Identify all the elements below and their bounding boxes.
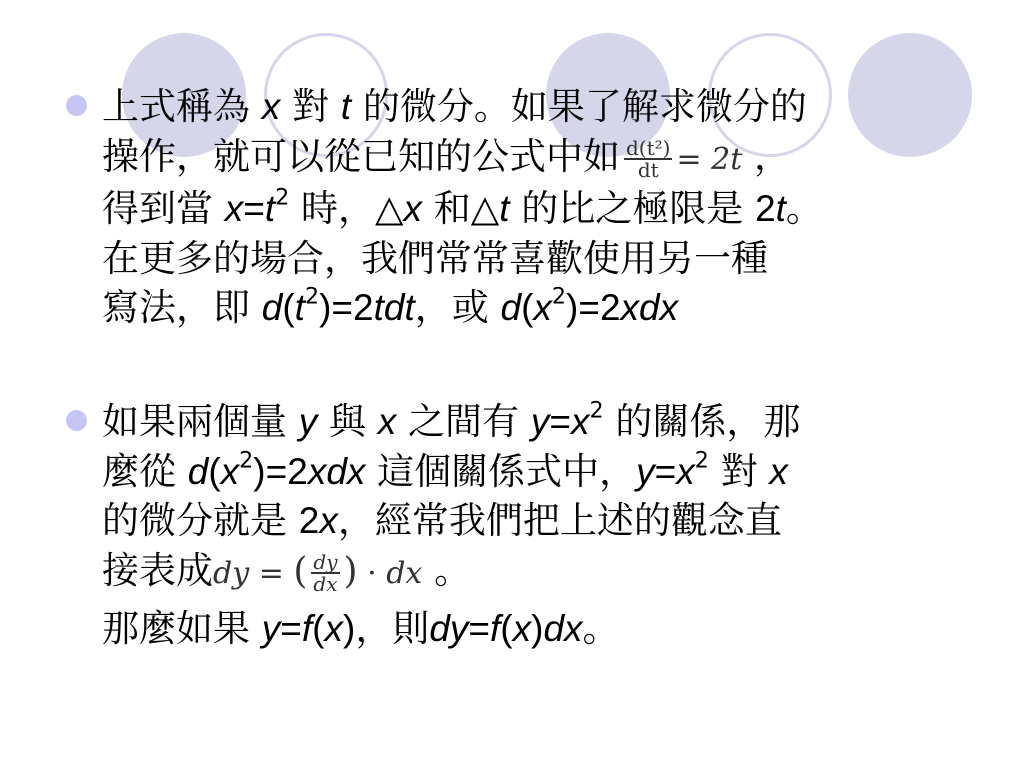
text: 操作，就可以從已知的公式中如 <box>102 135 620 178</box>
math-num: 2 <box>299 500 320 541</box>
math-paren: ) <box>344 551 358 592</box>
math-var: x <box>404 188 423 229</box>
math-op: ( <box>208 451 220 492</box>
bullet-dot-icon <box>66 95 87 116</box>
superscript: 2 <box>695 447 709 473</box>
math-var: t <box>776 188 786 229</box>
math-op: )=2 <box>566 287 621 328</box>
text-line: 接表成dy = (dydx) · dx 。 <box>102 546 982 599</box>
text: 在更多的場合，我們常常喜歡使用另一種 <box>102 237 768 280</box>
math-op: ) <box>343 608 355 649</box>
math-var: tdt <box>374 287 415 328</box>
text: 和 <box>422 187 471 230</box>
superscript: 2 <box>305 284 319 310</box>
text: 寫法，即 <box>102 286 262 329</box>
fraction-denominator: dx <box>311 574 339 594</box>
math-var: x <box>319 500 338 541</box>
math-paren: ( <box>293 551 307 592</box>
superscript: 2 <box>589 397 603 423</box>
math-var: d <box>501 287 522 328</box>
math-var: t <box>499 188 509 229</box>
math-var: y <box>299 401 318 442</box>
bullet-paragraph-2: 如果兩個量 y 與 x 之間有 y=x2 的關係，那 麼從 d(x2)=2xdx… <box>102 397 982 654</box>
math-var: t <box>341 86 351 127</box>
math-var: y <box>531 401 550 442</box>
text-line: 寫法，即 d(t2)=2tdt，或 d(x2)=2xdx <box>102 283 982 333</box>
math-var: x <box>221 451 240 492</box>
text: 如果兩個量 <box>102 400 299 443</box>
equation-image: dy = (dydx) · dx <box>213 546 422 599</box>
text-line: 在更多的場合，我們常常喜歡使用另一種 <box>102 234 982 284</box>
math-op: · <box>358 556 387 591</box>
math-var: x <box>571 401 590 442</box>
math-var: x <box>378 401 397 442</box>
math-op: = <box>655 451 677 492</box>
superscript: 2 <box>552 284 566 310</box>
bullet-dot-icon <box>66 410 87 431</box>
text: 的關係，那 <box>604 400 801 443</box>
fraction: d(t²)dt <box>624 138 672 180</box>
math-var: x <box>262 86 281 127</box>
fraction-denominator: dt <box>636 160 661 180</box>
slide: 上式稱為 x 對 t 的微分。如果了解求微分的 操作，就可以從已知的公式中如d(… <box>0 0 1024 768</box>
math-op: )=2 <box>319 287 374 328</box>
text: 的微分就是 <box>102 499 299 542</box>
math-var: f <box>302 608 312 649</box>
text: ，經常我們把上述的觀念直 <box>338 499 782 542</box>
superscript: 2 <box>275 185 289 211</box>
text: 那麼如果 <box>102 607 262 650</box>
math-var: y <box>636 451 655 492</box>
superscript: 2 <box>239 447 253 473</box>
text: 與 <box>317 400 378 443</box>
fraction: dydx <box>311 552 339 594</box>
math-var: dy <box>213 556 249 591</box>
math-op: ( <box>282 287 294 328</box>
math-var: xdx <box>621 287 679 328</box>
text: 這個關係式中， <box>365 450 636 493</box>
math-var: x <box>225 188 244 229</box>
math-op: ( <box>312 608 324 649</box>
text-line: 麼從 d(x2)=2xdx 這個關係式中，y=x2 對 x <box>102 447 982 497</box>
text: 得到當 <box>102 187 225 230</box>
text-line: 得到當 x=t2 時，△x 和△t 的比之極限是 2t。 <box>102 184 982 234</box>
math-op: ( <box>500 608 512 649</box>
fraction-numerator: d(t²) <box>624 138 672 160</box>
math-op: = <box>468 608 490 649</box>
text: 對 <box>280 85 341 128</box>
text: 。 <box>422 549 471 592</box>
math-op: = <box>280 608 302 649</box>
text: 。 <box>583 607 620 650</box>
text: 接表成 <box>102 549 213 592</box>
math-op: ( <box>521 287 533 328</box>
text: ，或 <box>415 286 501 329</box>
math-op: ) <box>531 608 543 649</box>
math-var: f <box>490 608 500 649</box>
text: 時， <box>289 187 375 230</box>
text-line: 如果兩個量 y 與 x 之間有 y=x2 的關係，那 <box>102 397 982 447</box>
math-var: d <box>188 451 209 492</box>
math-var: d <box>262 287 283 328</box>
text-line: 操作，就可以從已知的公式中如d(t²)dt= 2t ， <box>102 132 982 185</box>
math-num: 2 <box>755 188 776 229</box>
math-var: dx <box>386 556 422 591</box>
math-var: x <box>513 608 532 649</box>
math-var: t <box>295 287 305 328</box>
bullet-paragraph-1: 上式稱為 x 對 t 的微分。如果了解求微分的 操作，就可以從已知的公式中如d(… <box>102 82 982 333</box>
math-var: dx <box>543 608 582 649</box>
text: 上式稱為 <box>102 85 262 128</box>
math-var: dy <box>429 608 468 649</box>
math-op: = <box>549 401 571 442</box>
math-op: = <box>243 188 265 229</box>
delta-symbol: △ <box>375 187 403 230</box>
text: 的微分。如果了解求微分的 <box>351 85 807 128</box>
text: 。 <box>786 187 823 230</box>
text-line: 的微分就是 2x，經常我們把上述的觀念直 <box>102 496 982 546</box>
text-line: 上式稱為 x 對 t 的微分。如果了解求微分的 <box>102 82 982 132</box>
delta-symbol: △ <box>471 187 499 230</box>
equation-rhs: = 2t <box>676 142 742 177</box>
text: ， <box>742 135 791 178</box>
text-line: 那麼如果 y=f(x)，則dy=f(x)dx。 <box>102 604 982 654</box>
text: 的比之極限是 <box>510 187 756 230</box>
math-var: y <box>262 608 281 649</box>
math-var: x <box>533 287 552 328</box>
text: 麼從 <box>102 450 188 493</box>
math-var: x <box>769 451 788 492</box>
math-var: x <box>324 608 343 649</box>
equation-image: d(t²)dt= 2t <box>620 132 742 185</box>
math-var: xdx <box>308 451 366 492</box>
math-op: = <box>249 556 293 591</box>
math-op: )=2 <box>253 451 308 492</box>
text: ，則 <box>355 607 429 650</box>
text: 之間有 <box>396 400 531 443</box>
fraction-numerator: dy <box>311 552 339 574</box>
math-var: x <box>676 451 695 492</box>
text: 對 <box>709 450 770 493</box>
math-var: t <box>265 188 275 229</box>
